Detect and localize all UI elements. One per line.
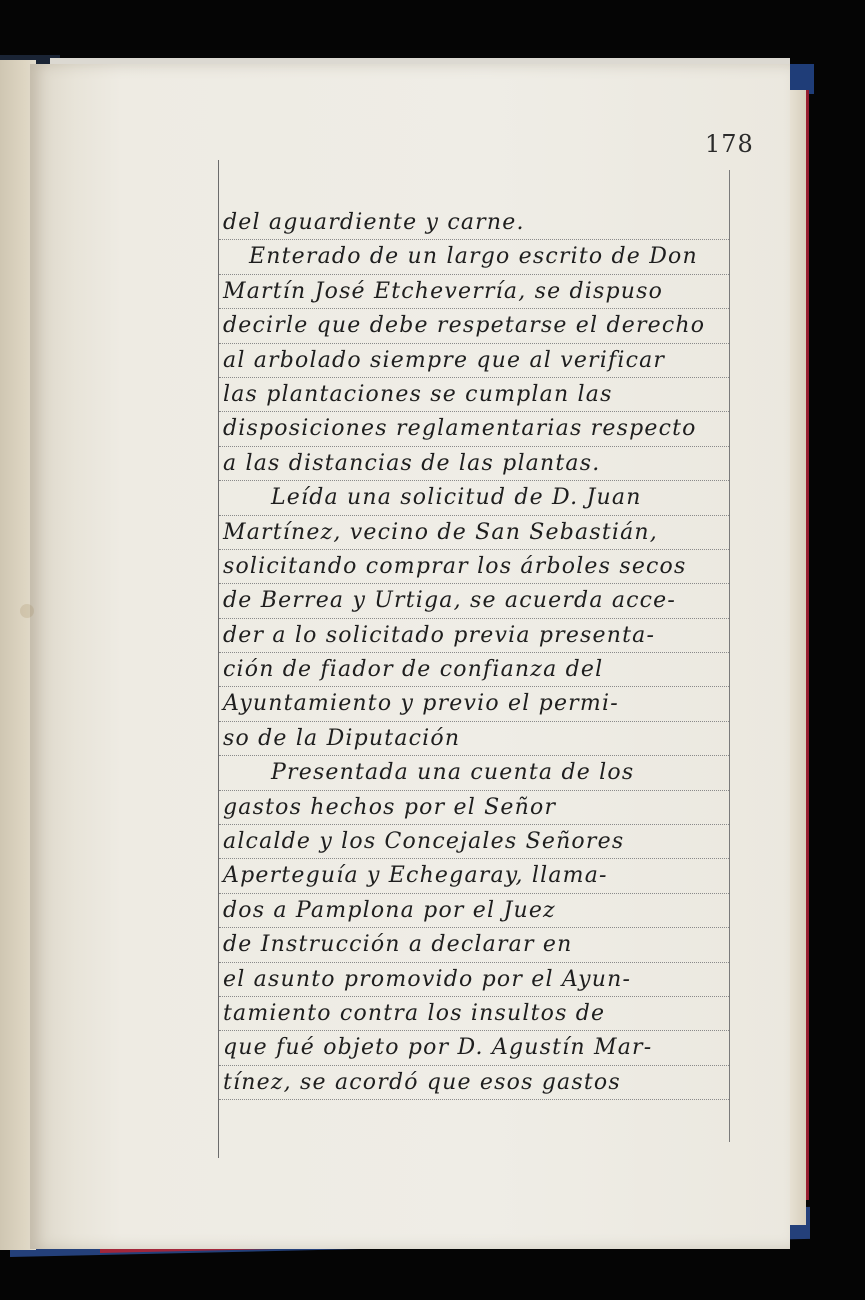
text-line: alcalde y los Concejales Señores — [219, 825, 729, 859]
text-line: Aperteguía y Echegaray, llama- — [219, 859, 729, 893]
right-margin-rule — [729, 170, 730, 1142]
text-line: a las distancias de las plantas. — [219, 447, 729, 481]
text-line: de Berrea y Urtiga, se acuerda acce- — [219, 584, 729, 618]
text-line: Ayuntamiento y previo el permi- — [219, 687, 729, 721]
text-line: Martín José Etcheverría, se dispuso — [219, 275, 729, 309]
text-line: solicitando comprar los árboles secos — [219, 550, 729, 584]
text-line: disposiciones reglamentarias respecto — [219, 412, 729, 446]
text-line: al arbolado siempre que al verificar — [219, 344, 729, 378]
text-line: Leída una solicitud de D. Juan — [219, 481, 729, 515]
text-line: ción de fiador de confianza del — [219, 653, 729, 687]
text-line: del aguardiente y carne. — [219, 206, 729, 240]
text-line: las plantaciones se cumplan las — [219, 378, 729, 412]
handwritten-text-block: del aguardiente y carne. Enterado de un … — [219, 206, 729, 1100]
text-line: de Instrucción a declarar en — [219, 928, 729, 962]
text-line: tínez, se acordó que esos gastos — [219, 1066, 729, 1100]
text-line: gastos hechos por el Señor — [219, 791, 729, 825]
text-line: decirle que debe respetarse el derecho — [219, 309, 729, 343]
text-line: der a lo solicitado previa presenta- — [219, 619, 729, 653]
text-line: que fué objeto por D. Agustín Mar- — [219, 1031, 729, 1065]
text-line: so de la Diputación — [219, 722, 729, 756]
text-line: Presentada una cuenta de los — [219, 756, 729, 790]
text-line: Martínez, vecino de San Sebastián, — [219, 516, 729, 550]
text-line: el asunto promovido por el Ayun- — [219, 963, 729, 997]
paper-stain — [20, 604, 34, 618]
text-line: dos a Pamplona por el Juez — [219, 894, 729, 928]
page-number: 178 — [705, 130, 754, 158]
text-line: tamiento contra los insultos de — [219, 997, 729, 1031]
text-line: Enterado de un largo escrito de Don — [219, 240, 729, 274]
